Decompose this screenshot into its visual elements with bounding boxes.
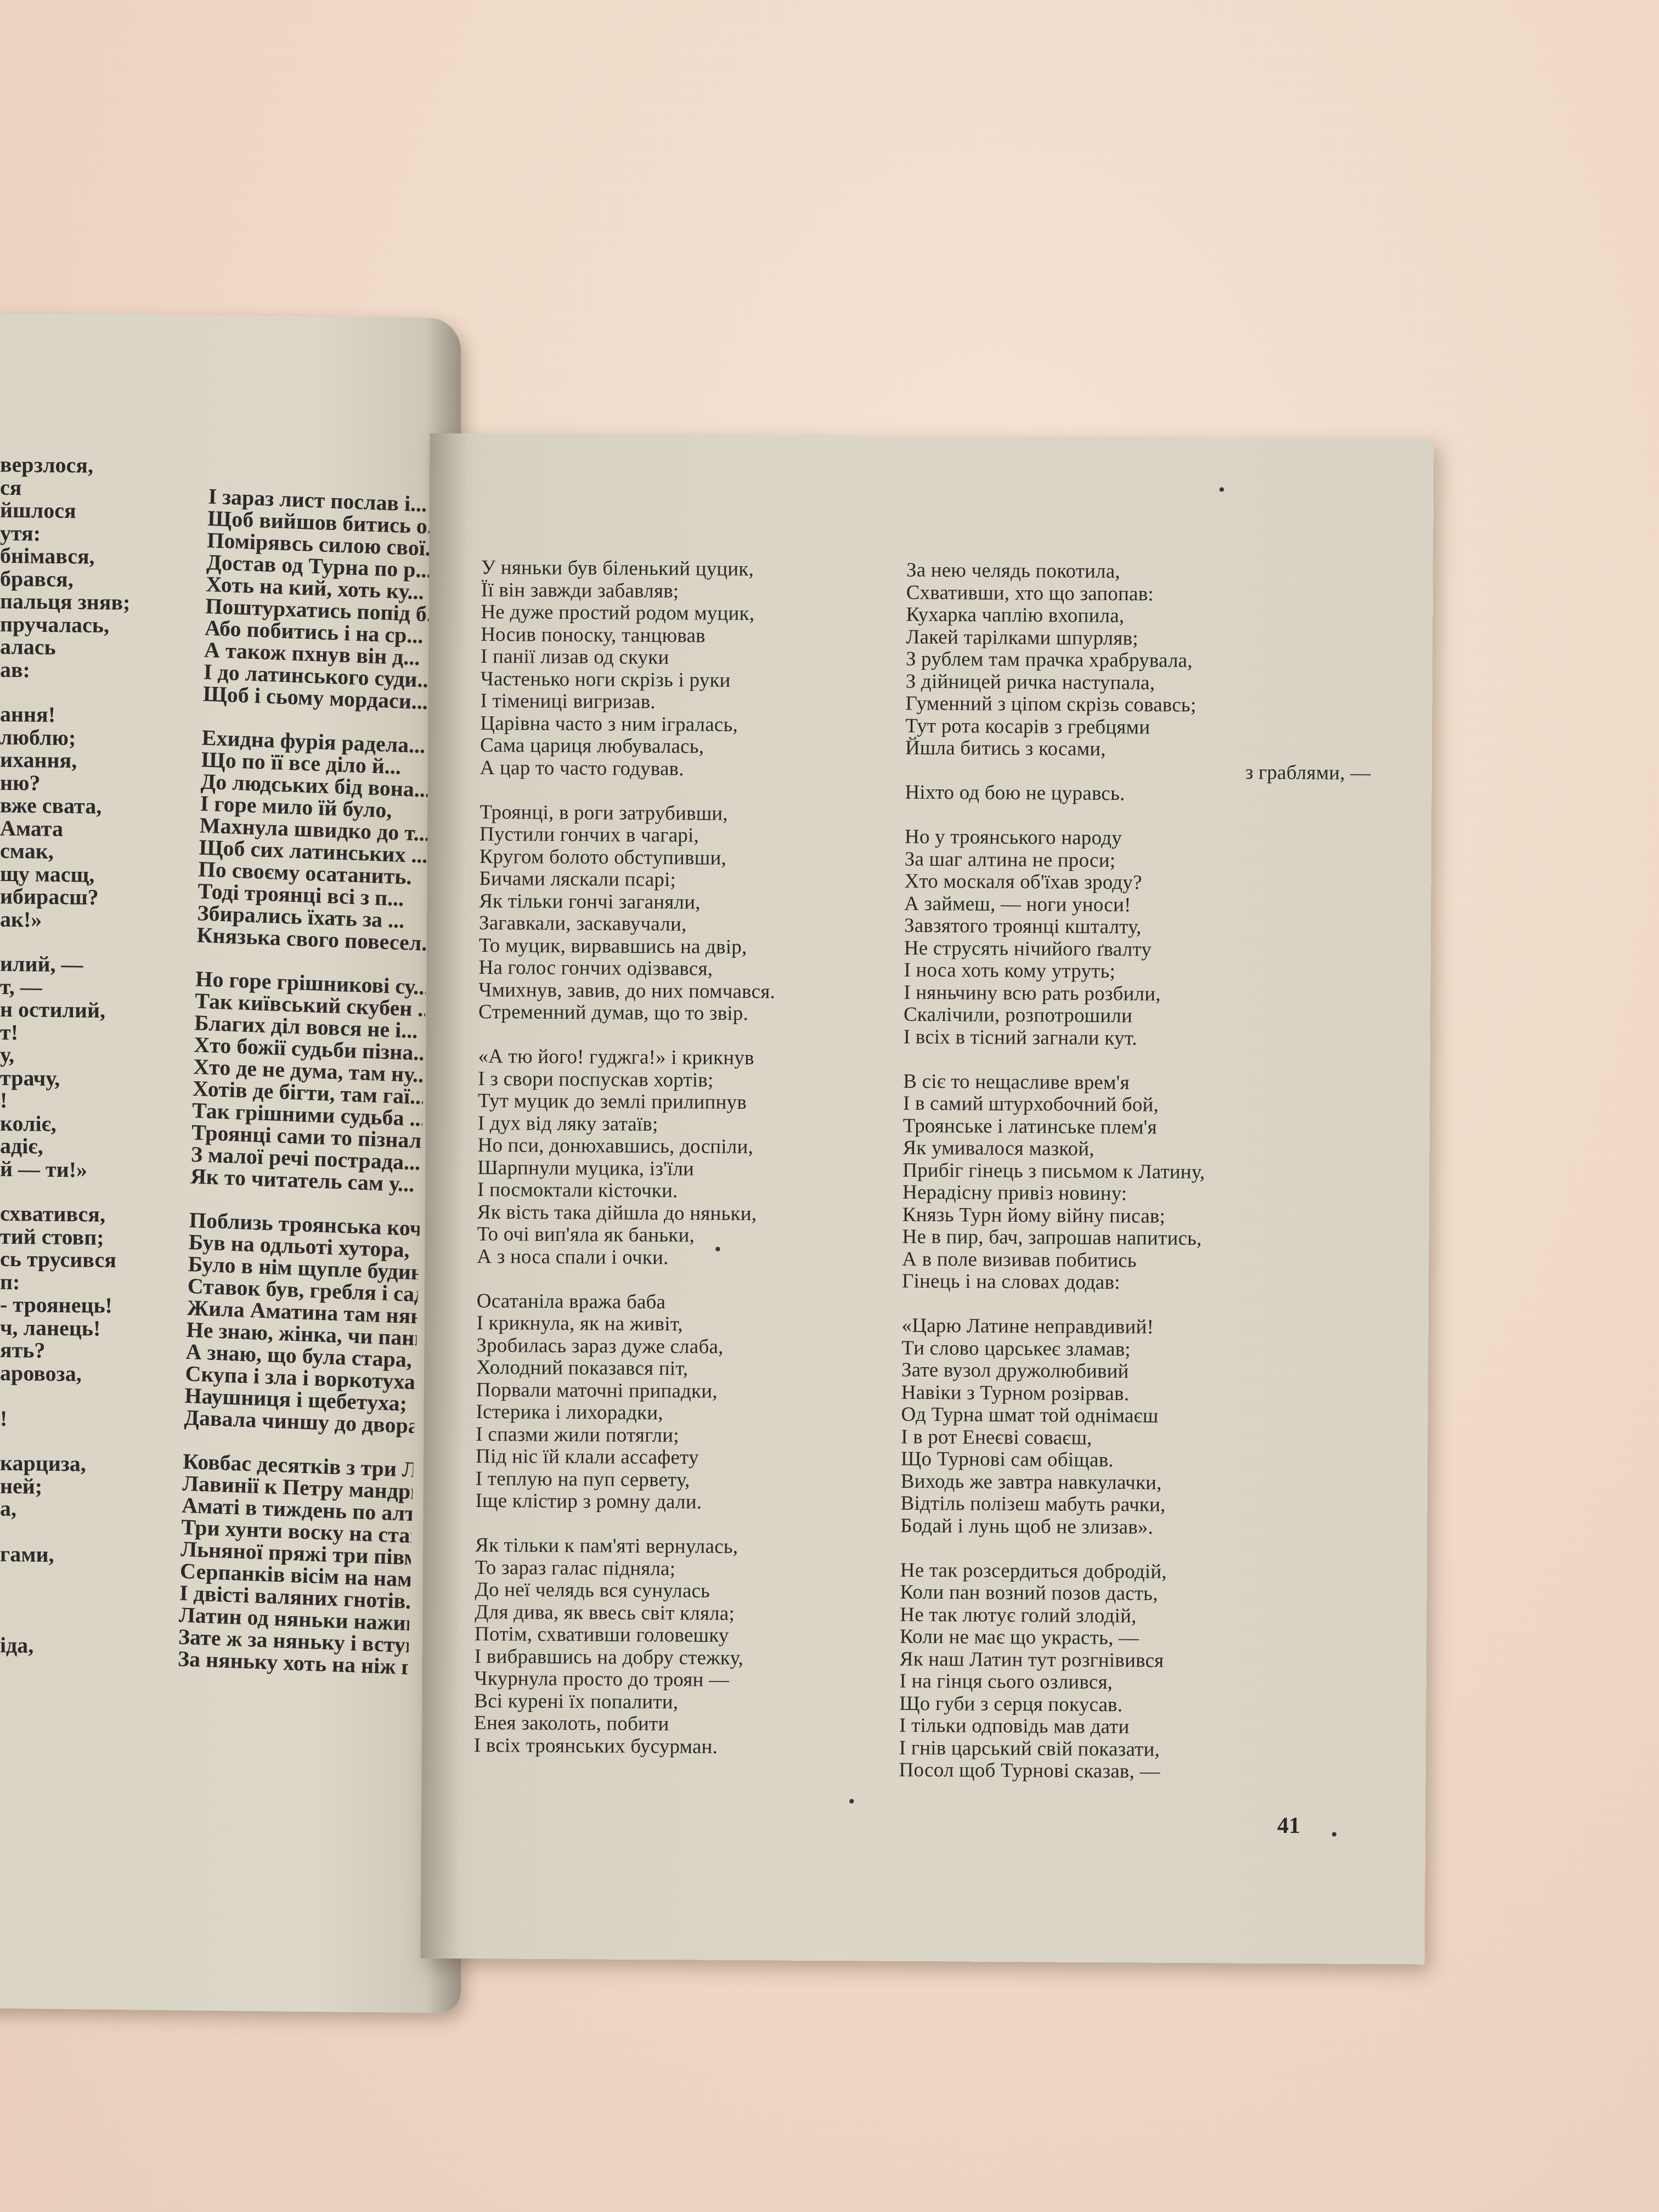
verse-line: Відтіль полізеш мабуть рачки, xyxy=(900,1493,1366,1518)
verse-line: Пустили гончих в чагарі, xyxy=(479,823,776,848)
verse-line: Схвативши, хто що запопав: xyxy=(906,582,1372,607)
stanza: Ехидна фурія радела...Що по її все діло … xyxy=(196,727,432,955)
verse-line: За нею челядь покотила, xyxy=(906,560,1372,585)
verse-line: сь трусився xyxy=(0,1248,198,1272)
verse-line: у, xyxy=(0,1043,198,1068)
verse-line: Лакей тарілками шпурляв; xyxy=(906,626,1372,651)
verse-line: пальця зняв; xyxy=(0,590,198,614)
verse-line: Ніхто од бою не цуравсь. xyxy=(905,782,1370,807)
verse-line: Під ніс їй клали ассафету xyxy=(476,1446,772,1470)
verse-line: Порвали маточні припадки, xyxy=(476,1379,773,1403)
verse-line: Навіки з Турном розірвав. xyxy=(901,1381,1367,1407)
paper-speck xyxy=(849,1799,854,1803)
verse-line xyxy=(0,1384,198,1409)
verse-line: За шаг алтина не проси; xyxy=(905,848,1370,873)
paper-speck xyxy=(1332,1832,1336,1837)
verse-line: З дійницей ричка наступала, xyxy=(906,670,1372,696)
verse-line: І вибравшись на добру стежку, xyxy=(475,1645,771,1669)
verse-line: І спазми жили потягли; xyxy=(476,1423,772,1447)
verse-line: Холодний показався піт, xyxy=(476,1357,773,1381)
verse-line: Бодай і лунь щоб не злизав». xyxy=(900,1515,1366,1540)
verse-line: Сама цариця любувалась, xyxy=(480,735,777,759)
verse-line: І тільки одповідь мав дати xyxy=(899,1715,1365,1740)
stanza: илий, —т, —н остилий,т!у,трачу,!коліє,ад… xyxy=(0,952,198,1182)
verse-line: люблю; xyxy=(0,725,198,750)
verse-line: А цар то часто годував. xyxy=(480,757,777,781)
verse-line: Не так розсердиться добродій, xyxy=(900,1559,1366,1584)
verse-line: Як наш Латин тут розгнівився xyxy=(900,1648,1365,1673)
verse-line: І в самий штурхобочний бой, xyxy=(903,1093,1369,1118)
verse-line: Як умивалося мазкой, xyxy=(902,1137,1368,1163)
verse-line: А в поле визивав побитись xyxy=(902,1248,1368,1273)
verse-line: Посол щоб Турнові сказав, — xyxy=(899,1759,1365,1785)
verse-line: Хто москаля об'їхав зроду? xyxy=(904,871,1370,896)
verse-line: ання! xyxy=(0,703,198,727)
verse-line: Кругом болото обступивши, xyxy=(479,846,776,870)
verse-line: ибирасш? xyxy=(0,885,198,910)
verse-line: Бичами ляскали псарі; xyxy=(479,868,776,892)
verse-line: Потім, схвативши головешку xyxy=(475,1623,771,1647)
verse-line: Істерика і лихорадки, xyxy=(476,1401,772,1425)
verse-line: верзлося, xyxy=(0,453,198,478)
stanza: І зараз лист послав і...Щоб вийшов битис… xyxy=(203,486,439,713)
verse-line: Кухарка чаплію вхопила, xyxy=(906,604,1372,629)
verse-line: А займеш, — ноги уноси! xyxy=(904,893,1370,918)
verse-line: ню? xyxy=(0,771,198,795)
verse-line: аровоза, xyxy=(0,1361,198,1386)
left-page-inner-column: І зараз лист послав і...Щоб вийшов битис… xyxy=(177,486,438,1700)
verse-line: й — ти!» xyxy=(0,1157,198,1182)
verse-line: Завзятого троянці кшталту, xyxy=(904,915,1370,940)
stanza: ання!люблю;ихання,ню?вже свата,Аматасмак… xyxy=(0,703,198,933)
verse-line: До неї челядь вся сунулась xyxy=(475,1579,772,1603)
verse-line: Но у троянського народу xyxy=(905,826,1370,851)
paper-speck xyxy=(1220,487,1224,492)
stanza: карциза,ней;а, гами, іда, xyxy=(0,1452,198,1658)
verse-line: Стременний думав, що то звір. xyxy=(478,1001,775,1025)
verse-line: Що губи з серця покусав. xyxy=(899,1692,1365,1718)
stanza: Но горе грішникові су...Так київський ск… xyxy=(190,968,426,1195)
verse-line: У няньки був біленький цуцик, xyxy=(481,557,778,581)
verse-line: п: xyxy=(0,1270,198,1295)
stanza: «Царю Латине неправдивий!Ти слово царськ… xyxy=(900,1315,1367,1540)
stanza: За нею челядь покотила,Схвативши, хто що… xyxy=(905,560,1372,807)
verse-line: Чкурнула просто до троян — xyxy=(475,1668,771,1692)
verse-line: а, xyxy=(0,1497,198,1522)
verse-line: Скалічили, розпотрошили xyxy=(904,1004,1369,1029)
verse-line: Не дуже простий родом муцик, xyxy=(481,601,777,625)
verse-line: І крикнула, як на живіт, xyxy=(476,1312,773,1336)
verse-line: Чмихнув, завив, до них помчався. xyxy=(478,979,775,1003)
verse-line: брався, xyxy=(0,567,198,591)
verse-line: іда, xyxy=(0,1634,198,1658)
verse-line: Ти слово царськеє зламав; xyxy=(901,1337,1367,1362)
verse-line: Коли не має що украсть, — xyxy=(900,1626,1365,1651)
verse-line: ав: xyxy=(0,658,198,682)
verse-line: Виходь же завтра навкулачки, xyxy=(901,1470,1367,1496)
verse-line: н остилий, xyxy=(0,998,198,1023)
verse-line: Її він завжди забавляв; xyxy=(481,579,778,603)
verse-line: Як вість така дійшла до няньки, xyxy=(477,1201,774,1225)
verse-line: І на гінця сього озлився, xyxy=(900,1671,1365,1696)
verse-line: Тут рота косарів з гребцями xyxy=(905,715,1371,740)
verse-line: ять? xyxy=(0,1339,198,1363)
verse-line: бнімався, xyxy=(0,544,198,569)
verse-line: Нерадісну привіз новину: xyxy=(902,1182,1368,1207)
verse-line: Зате вузол дружолюбивий xyxy=(901,1359,1367,1385)
verse-line: вже свата, xyxy=(0,794,198,819)
verse-line: Гуменний з ціпом скрізь совавсь; xyxy=(905,693,1371,718)
verse-line: Як тільки гончі заганяли, xyxy=(479,890,776,915)
verse-line: В сіє то нещасливе врем'я xyxy=(903,1070,1369,1096)
verse-line: Царівна часто з ним ігралась, xyxy=(480,713,777,737)
verse-line: гами, xyxy=(0,1543,198,1567)
stanza: верзлося,сяйшлосяутя:бнімався,брався,пал… xyxy=(0,453,198,683)
verse-line: ! xyxy=(0,1407,198,1431)
verse-line: І панії лизав од скуки xyxy=(481,646,777,670)
verse-line: карциза, xyxy=(0,1452,198,1476)
verse-line: Гінець і на словах додав: xyxy=(902,1271,1368,1296)
verse-line: т, — xyxy=(0,975,198,1000)
verse-line: Не в пир, бач, запрошав напитись, xyxy=(902,1226,1368,1251)
verse-line: На голос гончих одізвався, xyxy=(478,957,775,981)
verse-line: І дух від ляку затаїв; xyxy=(478,1112,775,1136)
verse-line: Тут муцик до землі прилипнув xyxy=(478,1090,775,1114)
stanza: Не так розсердиться добродій,Коли пан во… xyxy=(899,1559,1366,1784)
verse-line: Всі курені їх попалити, xyxy=(474,1690,771,1714)
verse-line: Шарпнули муцика, із'їли xyxy=(477,1156,774,1181)
verse-line xyxy=(0,1565,198,1590)
verse-line: смак, xyxy=(0,839,198,864)
right-page-right-column: За нею челядь покотила,Схвативши, хто що… xyxy=(899,560,1372,1807)
verse-line: тий стовп; xyxy=(0,1224,198,1249)
stanza: схватився,тий стовп;сь трусивсяп:- троян… xyxy=(0,1202,198,1432)
verse-line xyxy=(0,1611,198,1635)
verse-line: І всіх троянських бусурман. xyxy=(474,1734,771,1758)
verse-line: йшлося xyxy=(0,499,198,523)
verse-line: І носа хоть кому утруть; xyxy=(904,960,1369,985)
verse-line: Для дива, як ввесь світ кляла; xyxy=(475,1601,771,1625)
left-page: верзлося,сяйшлосяутя:бнімався,брався,пал… xyxy=(0,313,461,2013)
right-page-left-column: У няньки був біленький цуцик,Її він завж… xyxy=(474,557,778,1781)
verse-line: «А тю його! гуджга!» і крикнув xyxy=(478,1046,775,1070)
verse-line: Не струсять нічийого ґвалту xyxy=(904,937,1370,962)
verse-line xyxy=(0,1520,198,1544)
verse-line: трачу, xyxy=(0,1066,198,1091)
verse-line: Загавкали, заскавучали, xyxy=(479,912,776,936)
verse-line: Но пси, донюхавшись, доспіли, xyxy=(477,1135,774,1159)
verse-line: алась xyxy=(0,635,198,660)
verse-line: Як тільки к пам'яті вернулась, xyxy=(475,1534,772,1559)
verse-line: Од Турна шмат той однімаєш xyxy=(901,1404,1367,1429)
verse-line: То зараз галас підняла; xyxy=(475,1556,772,1581)
verse-line: То муцик, вирвавшись на двір, xyxy=(479,934,776,958)
verse-line: Осатаніла вража баба xyxy=(477,1290,774,1314)
stanza: Як тільки к пам'яті вернулась,То зараз г… xyxy=(474,1534,772,1758)
verse-line: І з свори поспускав хортів; xyxy=(478,1068,775,1092)
verse-line: т! xyxy=(0,1020,198,1045)
verse-line: схватився, xyxy=(0,1202,198,1227)
verse-line: ч, ланець! xyxy=(0,1316,198,1340)
verse-line: ся xyxy=(0,476,198,500)
stanza: Осатаніла вража бабаІ крикнула, як на жи… xyxy=(475,1290,773,1514)
right-page: У няньки був біленький цуцик,Її він завж… xyxy=(421,433,1434,1964)
verse-line: Троянське і латинське плем'я xyxy=(903,1115,1369,1140)
stanza: «А тю його! гуджга!» і крикнувІ з свори … xyxy=(477,1046,775,1269)
verse-line: ак!» xyxy=(0,907,198,932)
verse-line: ! xyxy=(0,1089,198,1114)
verse-line: То очі вип'яла як баньки, xyxy=(477,1223,774,1248)
verse-line: пручалась, xyxy=(0,612,198,637)
stanza: Троянці, в роги затрубивши,Пустили гончи… xyxy=(478,802,776,1025)
verse-line: Прибіг гінець з письмом к Латину, xyxy=(902,1159,1368,1184)
verse-line: І посмоктали кісточки. xyxy=(477,1179,774,1203)
page-number: 41 xyxy=(1277,1813,1300,1839)
verse-line: Іще клістир з ромну дали. xyxy=(475,1490,772,1514)
verse-line: ихання, xyxy=(0,748,198,773)
verse-line: Зробилась зараз дуже слаба, xyxy=(476,1334,773,1358)
verse-line: ней; xyxy=(0,1474,198,1499)
stanza: У няньки був біленький цуцик,Її він завж… xyxy=(480,557,778,781)
verse-line: І няньчину всю рать розбили, xyxy=(904,981,1369,1007)
verse-line: І всіх в тісний загнали кут. xyxy=(904,1026,1369,1051)
left-page-outer-column: верзлося,сяйшлосяутя:бнімався,брався,пал… xyxy=(0,453,198,1680)
verse-line: Частенько ноги скрізь і руки xyxy=(481,668,777,692)
stanza: Поблизь троянська кочу...Був на одльоті … xyxy=(184,1209,420,1437)
verse-line: А з носа спали і очки. xyxy=(477,1245,774,1269)
verse-line: Троянці, в роги затрубивши, xyxy=(479,802,776,826)
verse-line: Коли пан возний позов дасть, xyxy=(900,1582,1365,1607)
verse-line: Носив поноску, танцював xyxy=(481,624,777,648)
verse-line: Не так лютує голий злодій, xyxy=(900,1604,1365,1629)
verse-line: з граблями, — xyxy=(905,759,1371,785)
verse-line: адіє, xyxy=(0,1135,198,1159)
stanza: Ковбас десятків з три Л...Лавинії к Петр… xyxy=(177,1451,413,1678)
verse-line: Що Турнові сам обіщав. xyxy=(901,1448,1367,1474)
verse-line: І теплую на пуп сервету, xyxy=(476,1468,772,1492)
stanza: В сіє то нещасливе врем'яІ в самий штурх… xyxy=(902,1070,1369,1295)
verse-line: І гнів царський свій показати, xyxy=(899,1737,1365,1762)
verse-line: Енея заколоть, побити xyxy=(474,1712,771,1736)
verse-line: «Царю Латине неправдивий! xyxy=(901,1315,1367,1340)
verse-line: илий, — xyxy=(0,952,198,977)
verse-line: Амата xyxy=(0,816,198,841)
stanza: Но у троянського народуЗа шаг алтина не … xyxy=(904,826,1370,1051)
verse-line: коліє, xyxy=(0,1111,198,1136)
verse-line: Йшла битись з косами, xyxy=(905,737,1371,763)
verse-line xyxy=(0,1588,198,1613)
paper-speck xyxy=(715,1247,720,1251)
verse-line: утя: xyxy=(0,521,198,546)
verse-line: І тімениці вигризав. xyxy=(480,690,777,714)
verse-line: - троянець! xyxy=(0,1293,198,1318)
verse-line: І в рот Енеєві соваєш, xyxy=(901,1426,1367,1451)
verse-line: Князь Турн йому війну писав; xyxy=(902,1204,1368,1229)
verse-line: щу масщ, xyxy=(0,862,198,887)
verse-line: З рублем там прачка храбрувала, xyxy=(906,648,1372,674)
